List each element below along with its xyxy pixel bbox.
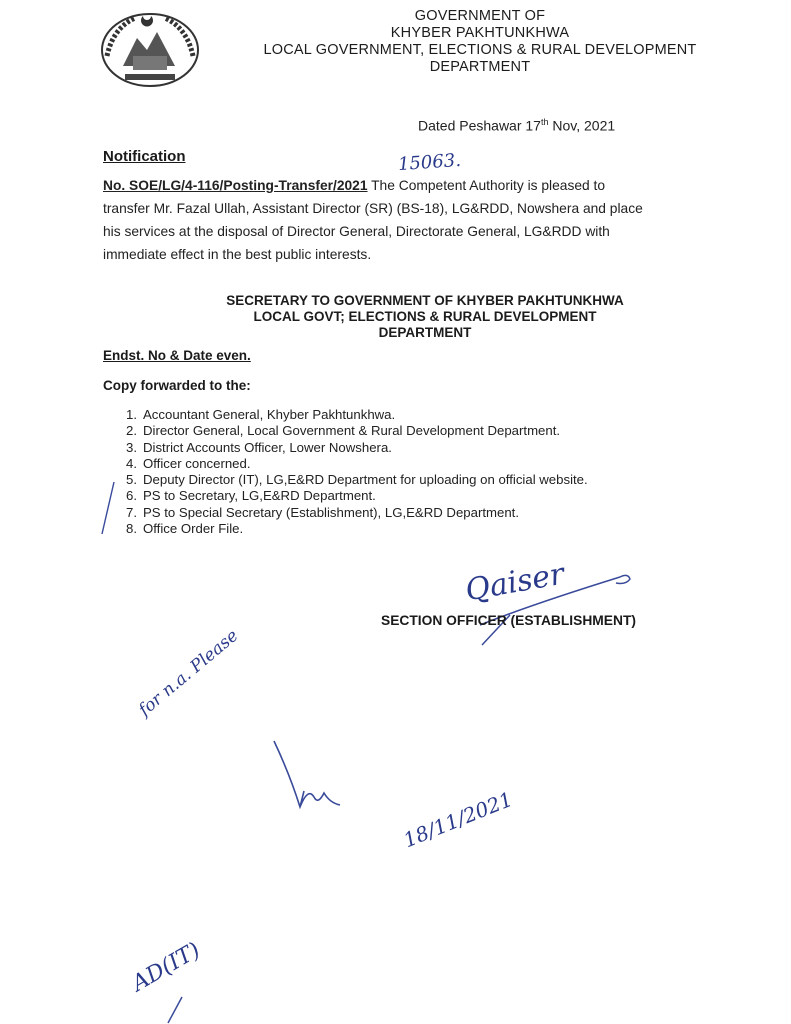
endorsement-heading: Endst. No & Date even. — [103, 348, 251, 363]
list-item: 5.Deputy Director (IT), LG,E&RD Departme… — [115, 472, 675, 488]
letterhead-line: GOVERNMENT OF — [250, 8, 710, 25]
notification-body: No. SOE/LG/4-116/Posting-Transfer/2021 T… — [103, 174, 673, 266]
signatory-title: SECTION OFFICER (ESTABLISHMENT) — [381, 613, 636, 628]
list-item: 7.PS to Special Secretary (Establishment… — [115, 505, 675, 521]
letterhead-line: KHYBER PAKHTUNKHWA — [250, 25, 710, 42]
handwritten-date: 18/11/2021 — [400, 787, 516, 852]
handwritten-dispatch-number: 15063. — [397, 150, 461, 175]
secretary-block: SECRETARY TO GOVERNMENT OF KHYBER PAKHTU… — [190, 293, 660, 341]
notification-number: No. SOE/LG/4-116/Posting-Transfer/2021 — [103, 178, 368, 193]
list-item: 1.Accountant General, Khyber Pakhtunkhwa… — [115, 407, 675, 423]
handwritten-initials-scribble — [260, 735, 370, 825]
government-emblem-icon — [95, 8, 205, 90]
handwritten-forward-to: AD(IT) — [128, 938, 205, 997]
signature-flourish — [470, 565, 640, 655]
list-item: 4.Officer concerned. — [115, 456, 675, 472]
margin-stroke — [160, 995, 190, 1024]
letterhead-line: LOCAL GOVERNMENT, ELECTIONS & RURAL DEVE… — [250, 42, 710, 59]
handwritten-note: for n.a. Please — [135, 626, 242, 721]
list-item: 6.PS to Secretary, LG,E&RD Department. — [115, 488, 675, 504]
list-item: 3.District Accounts Officer, Lower Nowsh… — [115, 440, 675, 456]
distribution-list: 1.Accountant General, Khyber Pakhtunkhwa… — [115, 407, 675, 537]
list-item: 8.Office Order File. — [115, 521, 675, 537]
letterhead-line: DEPARTMENT — [250, 59, 710, 76]
margin-tick-mark — [98, 478, 118, 538]
letterhead: GOVERNMENT OF KHYBER PAKHTUNKHWA LOCAL G… — [250, 8, 710, 76]
document-date: Dated Peshawar 17th Nov, 2021 — [418, 117, 615, 134]
copy-forwarded-heading: Copy forwarded to the: — [103, 378, 251, 393]
notification-heading: Notification — [103, 148, 186, 165]
list-item: 2.Director General, Local Government & R… — [115, 423, 675, 439]
